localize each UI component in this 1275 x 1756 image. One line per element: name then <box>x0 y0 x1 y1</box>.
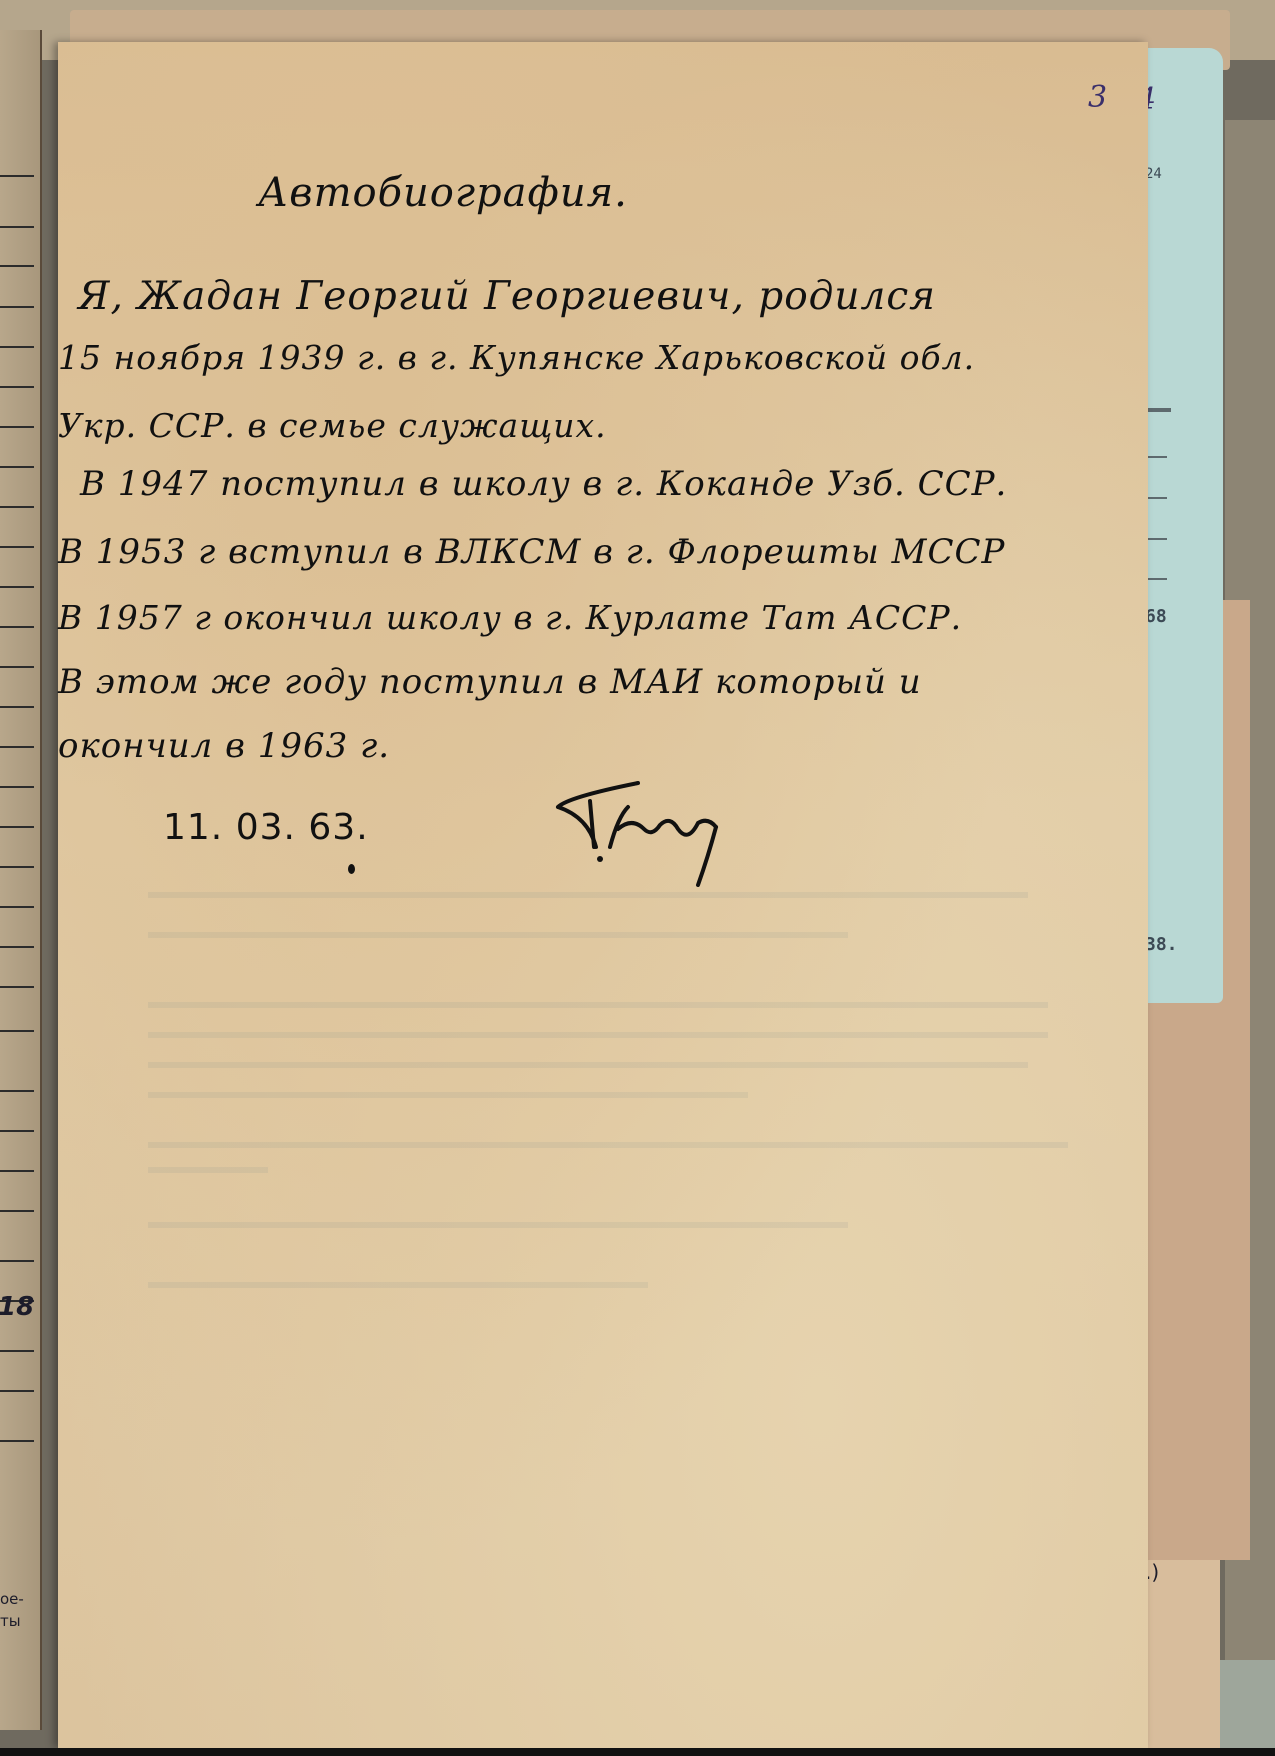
body-line: 15 ноября 1939 г. в г. Купянске Харьковс… <box>58 338 975 377</box>
body-line: В этом же году поступил в МАИ который и <box>58 662 922 702</box>
autobiography-sheet: 3 Автобиография. Я, Жадан Георгий Георги… <box>58 42 1148 1748</box>
body-line: В 1953 г вступил в ВЛКСМ в г. Флорешты М… <box>58 532 1005 572</box>
bleed-through-line <box>148 1032 1048 1038</box>
signature <box>548 777 748 887</box>
bleed-through-line <box>148 932 848 938</box>
left-margin-note: 18 <box>0 1292 34 1322</box>
blue-sheet-number: 38. <box>1145 934 1178 955</box>
body-line: В 1947 поступил в школу в г. Коканде Узб… <box>80 464 1007 504</box>
ink-dot <box>348 864 355 874</box>
bleed-through-line <box>148 892 1028 898</box>
bleed-through-line <box>148 1222 848 1228</box>
body-line: Я, Жадан Георгий Георгиевич, родился <box>78 274 936 319</box>
left-spine-page: 18 ое- ты <box>0 30 42 1730</box>
bleed-through-line <box>148 1092 748 1098</box>
page-number: 3 <box>1088 80 1107 115</box>
tick-mark <box>1145 408 1171 412</box>
kraft-sheet-edge-lower: .) <box>1145 1560 1220 1750</box>
bleed-through-line <box>148 1167 268 1173</box>
tick-mark <box>1145 538 1167 540</box>
body-line: Укр. ССР. в семье служащих. <box>58 406 607 445</box>
body-line: окончил в 1963 г. <box>58 726 390 766</box>
tick-mark <box>1145 578 1167 580</box>
scan-bottom-edge <box>0 1748 1275 1756</box>
bleed-through-line <box>148 1062 1028 1068</box>
bleed-through-line <box>148 1282 648 1288</box>
left-margin-fragment: ое- <box>0 1590 24 1608</box>
bleed-through-line <box>148 1142 1068 1148</box>
document-date: 11. 03. 63. <box>163 807 369 848</box>
tick-mark <box>1145 456 1167 458</box>
tick-mark <box>1145 497 1167 499</box>
document-title: Автобиография. <box>258 170 628 216</box>
blue-sheet-edge: 4 24 68 38. <box>1145 48 1223 1003</box>
body-line: В 1957 г окончил школу в г. Курлате Тат … <box>58 598 962 637</box>
blue-sheet-number: 68 <box>1145 606 1167 627</box>
grey-sheet-edge <box>1220 1660 1275 1756</box>
bleed-through-line <box>148 1002 1048 1008</box>
left-margin-fragment: ты <box>0 1612 21 1630</box>
